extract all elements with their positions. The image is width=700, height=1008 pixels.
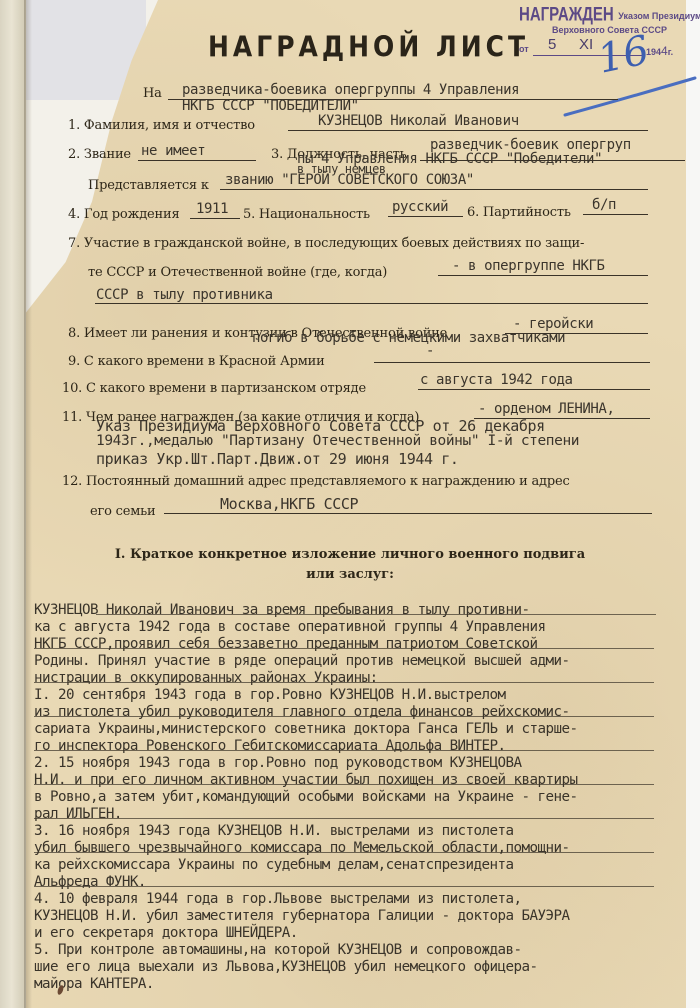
body-line: сариата Украины,министерского советника … xyxy=(34,721,577,737)
field-6-underline xyxy=(583,214,648,215)
stamp-decree: Указом Президиума xyxy=(618,11,700,21)
body-underline xyxy=(34,750,654,751)
field-12-underline xyxy=(164,513,652,514)
field-5-label: 5. Национальность xyxy=(243,207,370,222)
field-12-value: Москва,НКГБ СССР xyxy=(220,495,358,513)
stamp-year-suffix-g: г. xyxy=(668,47,673,57)
stamp-year: 1944г. xyxy=(646,44,673,58)
body-underline xyxy=(96,614,656,615)
body-line: майора КАНТЕРА. xyxy=(34,976,154,992)
field-4-value: 1911 xyxy=(196,201,228,217)
field-10-value: с августа 1942 года xyxy=(420,372,573,388)
body-underline xyxy=(34,852,654,853)
body-line: КУЗНЕЦОВ Николай Иванович за время пребы… xyxy=(34,602,529,618)
field-10-underline xyxy=(418,389,650,390)
stamp-day: 5 xyxy=(548,36,556,53)
body-line: убил бывшего чрезвычайного комиссара по … xyxy=(34,840,569,856)
body-line: шие его лица выехали из Львова,КУЗНЕЦОВ … xyxy=(34,959,537,975)
body-line: 3. 16 ноября 1943 года КУЗНЕЦОВ Н.И. выс… xyxy=(34,823,514,839)
recipient-line2: НКГБ СССР "ПОБЕДИТЕЛИ" xyxy=(182,98,359,114)
field-9-underline xyxy=(374,362,650,363)
body-line: Альфреда ФУНК. xyxy=(34,874,146,890)
body-line: 4. 10 февраля 1944 года в гор.Львове выс… xyxy=(34,891,522,907)
field-7-underline1 xyxy=(438,275,648,276)
field-4-label: 4. Год рождения xyxy=(68,207,179,222)
body-line: I. 20 сентября 1943 года в гор.Ровно КУЗ… xyxy=(34,687,506,703)
field-7-label-line1: 7. Участие в гражданской войне, в послед… xyxy=(68,236,584,251)
field-6-label: 6. Партийность xyxy=(467,205,571,220)
body-line: Н.И. и при его личном активном участии б… xyxy=(34,772,577,788)
field-1-value: КУЗНЕЦОВ Николай Иванович xyxy=(318,113,519,129)
field-10-label: 10. С какого времени в партизанском отря… xyxy=(62,381,366,396)
field-7-label-line2: те СССР и Отечественной войне (где, когд… xyxy=(88,265,387,280)
body-underline xyxy=(34,784,654,785)
field-2-underline xyxy=(138,160,256,161)
body-line: в Ровно,а затем убит,командующий особыми… xyxy=(34,789,577,805)
body-line: 2. 15 ноября 1943 года в гор.Ровно под р… xyxy=(34,755,522,771)
field-2-value: не имеет xyxy=(141,143,205,159)
field-6-value: б/п xyxy=(592,197,616,213)
body-underline xyxy=(34,648,654,649)
body-line: Родины. Принял участие в ряде операций п… xyxy=(34,653,569,669)
presented-underline xyxy=(220,189,648,190)
field-8-value-line2: погиб в борьбе с немецкими захватчиками xyxy=(252,330,565,346)
award-sheet: НАГРАЖДЕН Указом Президиума Верховного С… xyxy=(0,0,700,1008)
field-2-label: 2. Звание xyxy=(68,147,131,162)
field-12-label-line1: 12. Постоянный домашний адрес представля… xyxy=(62,474,570,489)
field-5-underline xyxy=(388,216,463,217)
stamp-month: XI xyxy=(579,36,593,53)
field-11-value-line3: 1943г.,медалью "Партизану Отечественной … xyxy=(96,433,579,449)
body-line: ка с августа 1942 года в составе операти… xyxy=(34,619,545,635)
field-1-label: 1. Фамилия, имя и отчество xyxy=(68,118,255,133)
body-line: рал ИЛЬГЕН. xyxy=(34,806,122,822)
body-line: го инспектора Ровенского Гебитскомиссари… xyxy=(34,738,506,754)
body-line: нистрации в оккупированных районах Украи… xyxy=(34,670,378,686)
field-5-value: русский xyxy=(392,199,448,215)
stamp-year-suffix: 4 xyxy=(661,44,668,58)
presented-label: Представляется к xyxy=(88,178,209,193)
body-line: ка рейхскомиссара Украины по судебным де… xyxy=(34,857,514,873)
field-1-underline xyxy=(288,130,648,131)
field-11-value-line4: приказ Укр.Шт.Парт.Движ.от 29 июня 1944 … xyxy=(96,450,459,468)
section-1-heading-line1: I. Краткое конкретное изложение личного … xyxy=(0,547,700,562)
recipient-label: На xyxy=(143,86,162,101)
field-7-value-line1: - в опергруппе НКГБ xyxy=(452,258,605,274)
body-underline xyxy=(34,886,654,887)
section-1-heading-line2: или заслуг: xyxy=(0,567,700,582)
page-title: НАГРАДНОЙ ЛИСТ xyxy=(208,30,529,63)
body-line: 5. При контроле автомашины,на которой КУ… xyxy=(34,942,522,958)
field-7-value-line2: СССР в тылу противника xyxy=(96,287,273,303)
field-4-underline xyxy=(190,218,240,219)
body-underline xyxy=(34,682,654,683)
body-line: КУЗНЕЦОВ Н.И. убил заместителя губернато… xyxy=(34,908,569,924)
presented-value: званию "ГЕРОЙ СОВЕТСКОГО СОЮЗА" xyxy=(225,172,474,188)
stamp-awarded: НАГРАЖДЕН xyxy=(519,3,614,25)
body-line: из пистолета убил руководителя главного … xyxy=(34,704,569,720)
pen-stroke-icon xyxy=(560,70,700,120)
body-line: и его секретаря доктора ШНЕЙДЕРА. xyxy=(34,925,298,941)
field-9-label: 9. С какого времени в Красной Армии xyxy=(68,354,325,369)
body-line: НКГБ СССР,проявил себя беззаветно предан… xyxy=(34,636,537,652)
body-underline xyxy=(34,818,654,819)
field-12-label-line2: его семьи xyxy=(90,504,156,519)
body-underline xyxy=(34,716,654,717)
award-stamp: НАГРАЖДЕН Указом Президиума xyxy=(519,6,700,24)
field-11-value-line1: - орденом ЛЕНИНА, xyxy=(478,401,615,417)
recipient-line1: разведчика-боевика опергруппы 4 Управлен… xyxy=(182,82,519,98)
field-9-value: - xyxy=(426,343,434,359)
field-7-underline2 xyxy=(95,303,648,304)
